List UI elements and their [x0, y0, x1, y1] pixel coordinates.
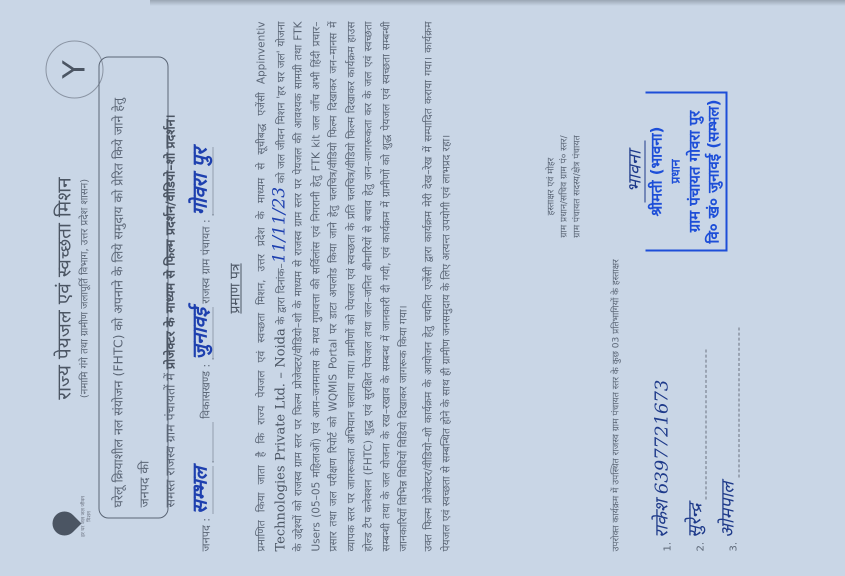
- participant-number: 1.: [662, 541, 673, 551]
- participant-signature: राकेश 6397721673: [649, 379, 673, 537]
- certificate-paragraph-1: प्रमाणित किया जाता है कि राज्य पेयजल एवं…: [253, 21, 413, 551]
- panchayat-label: राजस्व ग्राम पंचायत :: [198, 219, 213, 303]
- block-label: विकासखण्ड :: [198, 363, 213, 418]
- para1-start: प्रमाणित किया जाता है कि राज्य पेयजल एवं…: [255, 21, 267, 551]
- participant-signature: सुरेन्द्र: [682, 503, 706, 538]
- sign-line-2: ग्राम प्रधान/सचिव ग्राम पं० स्तर/: [558, 96, 571, 276]
- para1-mid: के द्वारा दिनांक–: [275, 263, 287, 328]
- sign-line-3: ग्राम पंचायत सदस्य/क्षेत्र पंचायत: [571, 96, 584, 276]
- block-value: जुनावई: [185, 307, 213, 359]
- dotted-fill: [212, 422, 213, 462]
- participant-signature: ओमपाल: [715, 481, 739, 537]
- district-label: जनपद :: [198, 517, 213, 551]
- signature-line: [704, 349, 706, 499]
- panchayat-value: गोवरा पुर: [185, 147, 213, 214]
- event-date: 11/11/23: [269, 186, 289, 262]
- participant-number: 2.: [695, 541, 706, 551]
- org-title: राज्य पेयजल एवं स्वच्छता मिशन: [50, 0, 76, 576]
- location-row: जनपद : सम्भल विकासखण्ड : जुनावई राजस्व ग…: [185, 11, 213, 551]
- certificate-heading: प्रमाण पत्र: [225, 0, 244, 576]
- certificate-paragraph-2: उक्त फिल्म प्रोजेक्टर/वीडियो–शो कार्यक्र…: [420, 21, 455, 551]
- sign-line-1: हस्ताक्षर एवं मोहर: [545, 96, 558, 276]
- stamp-line-4: वि० खं० जुनावई (सम्भल): [704, 99, 723, 243]
- program-title-line1: घरेलू क्रियाशील नल संयोजन (FHTC) को अपना…: [105, 67, 157, 507]
- pradhan-signature: भावना: [625, 140, 645, 202]
- program-title-line2-bold: प्रोजेक्टर के माध्यम से फिल्म प्रदर्शन/व…: [162, 114, 177, 369]
- program-title-box: घरेलू क्रियाशील नल संयोजन (FHTC) को अपना…: [98, 56, 168, 518]
- signature-line: [737, 327, 739, 477]
- participant-row: 1. राकेश 6397721673: [640, 231, 673, 551]
- agency-name: Technologies Private Ltd. – Noida: [273, 328, 288, 551]
- participant-number: 3.: [728, 541, 739, 551]
- participant-row: 3. ओमपाल: [706, 231, 739, 551]
- stamp-line-2: प्रधान: [666, 99, 685, 243]
- participants-note: उपरोक्त कार्यक्रम में उपस्थित राजस्व ग्र…: [610, 251, 622, 551]
- signature-instructions: हस्ताक्षर एवं मोहर ग्राम प्रधान/सचिव ग्र…: [545, 96, 584, 276]
- program-title-line2: समस्त राजस्व ग्राम पंचायतों में प्रोजेक्…: [157, 67, 183, 507]
- para1-rest: को जल जीवन मिशन 'हर घर जल' योजना के उद्द…: [275, 21, 410, 551]
- org-subtitle: (नमामि गंगे तथा ग्रामीण जलापूर्ति विभाग,…: [76, 0, 90, 576]
- stamp-box: श्रीमती (भावना) प्रधान ग्राम पंचायत गोवर…: [645, 91, 727, 251]
- participants-list: 1. राकेश 6397721673 2. सुरेन्द्र 3. ओमपा…: [640, 231, 739, 551]
- stamp-line-1: श्रीमती (भावना): [647, 99, 666, 243]
- stamp-line-3: ग्राम पंचायत गोवरा पुर: [685, 99, 704, 243]
- certificate-document: हर घर जल जल जीवन मिशन Y राज्य पेयजल एवं …: [0, 0, 845, 576]
- participant-row: 2. सुरेन्द्र: [673, 231, 706, 551]
- para1-end: विडियो दिखाकर जागरूक किया गया।: [397, 305, 409, 447]
- district-value: सम्भल: [185, 466, 213, 513]
- program-title-line2-prefix: समस्त राजस्व ग्राम पंचायतों में: [162, 369, 177, 507]
